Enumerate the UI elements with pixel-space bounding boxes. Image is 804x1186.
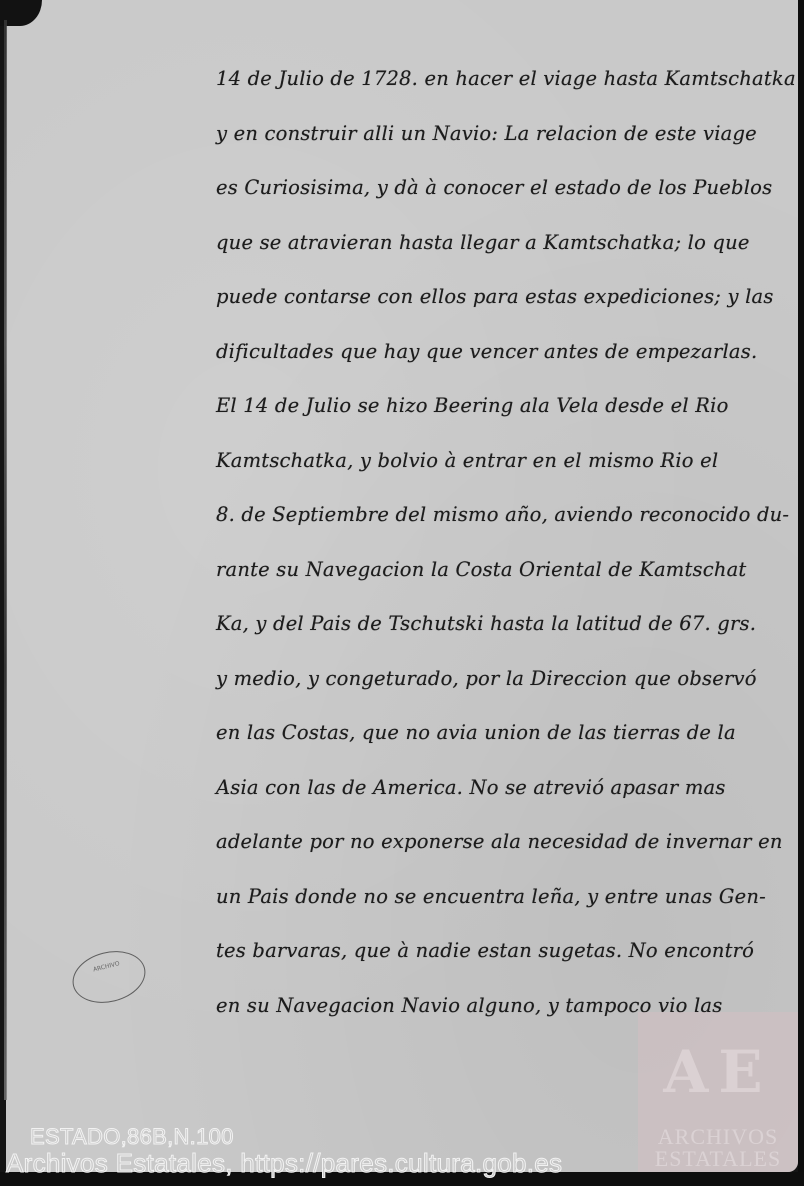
manuscript-line: puede contarse con ellos para estas expe… (216, 270, 796, 325)
manuscript-page: 14 de Julio de 1728. en hacer el viage h… (6, 0, 798, 1172)
manuscript-line: Asia con las de America. No se atrevió a… (216, 761, 796, 816)
document-reference-code: ESTADO,86B,N.100 (30, 1124, 234, 1150)
binding-edge (4, 20, 7, 1100)
manuscript-line: un Pais donde no se encuentra leña, y en… (216, 870, 796, 925)
scan-background: 14 de Julio de 1728. en hacer el viage h… (0, 0, 804, 1186)
manuscript-line: 14 de Julio de 1728. en hacer el viage h… (216, 52, 796, 107)
archive-stamp-icon: ARCHIVO (67, 944, 151, 1010)
manuscript-line: y medio, y congeturado, por la Direccion… (216, 652, 796, 707)
manuscript-line: rante su Navegacion la Costa Oriental de… (216, 543, 796, 598)
manuscript-text-block: 14 de Julio de 1728. en hacer el viage h… (216, 52, 796, 1033)
manuscript-line: Kamtschatka, y bolvio à entrar en el mis… (216, 434, 796, 489)
manuscript-line: dificultades que hay que vencer antes de… (216, 325, 796, 380)
watermark-line-2: ESTATALES (638, 1146, 798, 1172)
manuscript-line: en las Costas, que no avia union de las … (216, 706, 796, 761)
manuscript-line: El 14 de Julio se hizo Beering ala Vela … (216, 379, 796, 434)
manuscript-line: Ka, y del Pais de Tschutski hasta la lat… (216, 597, 796, 652)
archivos-estatales-watermark: AE ARCHIVOS ESTATALES (638, 1012, 798, 1172)
manuscript-line: tes barvaras, que à nadie estan sugetas.… (216, 924, 796, 979)
watermark-logo-icon: AE (638, 1038, 798, 1106)
scan-right-edge (798, 0, 804, 1186)
manuscript-line: adelante por no exponerse ala necesidad … (216, 815, 796, 870)
stamp-text: ARCHIVO (84, 958, 133, 994)
manuscript-line: y en construir alli un Navio: La relacio… (216, 107, 796, 162)
manuscript-line: 8. de Septiembre del mismo año, aviendo … (216, 488, 796, 543)
manuscript-line: es Curiosisima, y dà à conocer el estado… (216, 161, 796, 216)
archive-source-credit: Archivos Estatales, https://pares.cultur… (6, 1148, 562, 1179)
manuscript-line: que se atravieran hasta llegar a Kamtsch… (216, 216, 796, 271)
